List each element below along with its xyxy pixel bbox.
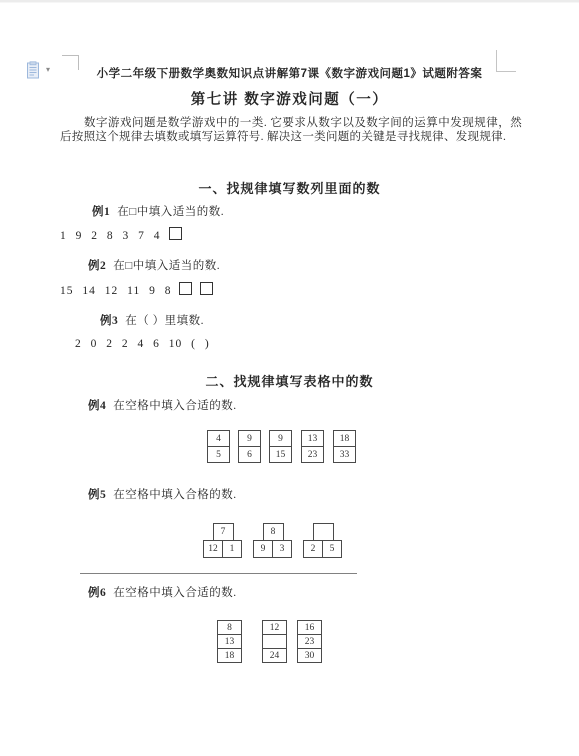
table-cell: 23 [301,446,324,463]
column-cell: 23 [297,634,322,649]
number-column: 16 23 30 [297,620,322,663]
window-top-edge [0,0,579,3]
number-table: 9 15 [269,430,292,463]
example3-label: 例3 [100,315,118,327]
pyramid-top-cell-empty [313,523,334,541]
example6-figure: 8 13 18 12 24 16 23 30 [0,620,579,670]
example4-prompt: 在空格中填入合适的数. [113,400,236,412]
example4-label: 例4 [88,400,106,412]
pyramid-figure: 7 12 1 [203,523,243,558]
example4-heading: 例4在空格中填入合适的数. [88,397,237,413]
doc-title: 小学二年级下册数学奥数知识点讲解第7课《数字游戏问题1》试题附答案 [0,65,579,81]
column-cell: 24 [262,648,287,663]
table-cell: 9 [269,430,292,447]
example6-heading: 例6在空格中填入合适的数. [88,584,237,600]
sequence-numbers: 1 9 2 8 3 7 4 [60,230,161,242]
example1-prompt: 在□中填入适当的数. [117,206,224,218]
example3-sequence: 2 0 2 2 4 6 10 ( ) [75,338,210,350]
horizontal-divider [80,573,357,574]
example6-prompt: 在空格中填入合适的数. [113,587,236,599]
number-column: 8 13 18 [217,620,242,663]
column-cell: 13 [217,634,242,649]
section2-heading: 二、找规律填写表格中的数 [0,371,579,390]
column-cell: 16 [297,620,322,635]
table-cell: 5 [207,446,230,463]
example3-heading: 例3在（ ）里填数. [100,312,204,328]
pyramid-bottom-cell: 1 [222,540,242,558]
pyramid-top-cell: 7 [213,523,234,541]
example2-prompt: 在□中填入适当的数. [113,260,220,272]
example5-figure: 7 12 1 8 9 3 2 5 [0,523,579,559]
example2-heading: 例2在□中填入适当的数. [88,257,220,273]
table-cell: 9 [238,430,261,447]
intro-paragraph: 数字游戏问题是数学游戏中的一类. 它要求从数字以及数字间的运算中发现规律，然后按… [60,117,522,145]
example2-label: 例2 [88,260,106,272]
example1-sequence: 1 9 2 8 3 7 4 [60,227,182,242]
answer-box [200,282,213,295]
table-cell: 4 [207,430,230,447]
pyramid-bottom-cell: 12 [203,540,223,558]
example3-prompt: 在（ ）里填数. [125,315,204,327]
table-cell: 15 [269,446,292,463]
number-table: 13 23 [301,430,324,463]
table-cell: 13 [301,430,324,447]
pyramid-bottom-cell: 3 [272,540,292,558]
example2-sequence: 15 14 12 11 9 8 [60,282,213,297]
column-cell: 8 [217,620,242,635]
example1-heading: 例1在□中填入适当的数. [92,203,224,219]
column-cell: 30 [297,648,322,663]
table-cell: 6 [238,446,261,463]
pyramid-figure: 8 9 3 [253,523,293,558]
number-table: 18 33 [333,430,356,463]
section1-heading: 一、找规律填写数列里面的数 [0,178,579,197]
example5-prompt: 在空格中填入合格的数. [113,489,236,501]
answer-box [179,282,192,295]
pyramid-bottom-cell: 5 [322,540,342,558]
example6-label: 例6 [88,587,106,599]
column-cell: 12 [262,620,287,635]
table-cell: 18 [333,430,356,447]
example5-label: 例5 [88,489,106,501]
sequence-numbers: 15 14 12 11 9 8 [60,285,171,297]
example4-figure: 4 5 9 6 9 15 13 23 18 33 [0,430,579,466]
pyramid-bottom-cell: 2 [303,540,323,558]
pyramid-top-cell: 8 [263,523,284,541]
sequence-numbers: 2 0 2 2 4 6 10 ( ) [75,338,210,350]
answer-box [169,227,182,240]
example1-label: 例1 [92,206,110,218]
table-cell: 33 [333,446,356,463]
number-column: 12 24 [262,620,287,663]
column-cell: 18 [217,648,242,663]
column-cell-empty [262,634,287,649]
pyramid-bottom-cell: 9 [253,540,273,558]
number-table: 4 5 [207,430,230,463]
lecture-title: 第七讲 数字游戏问题（一） [0,88,579,109]
number-table: 9 6 [238,430,261,463]
example5-heading: 例5在空格中填入合格的数. [88,486,237,502]
pyramid-figure: 2 5 [303,523,343,558]
